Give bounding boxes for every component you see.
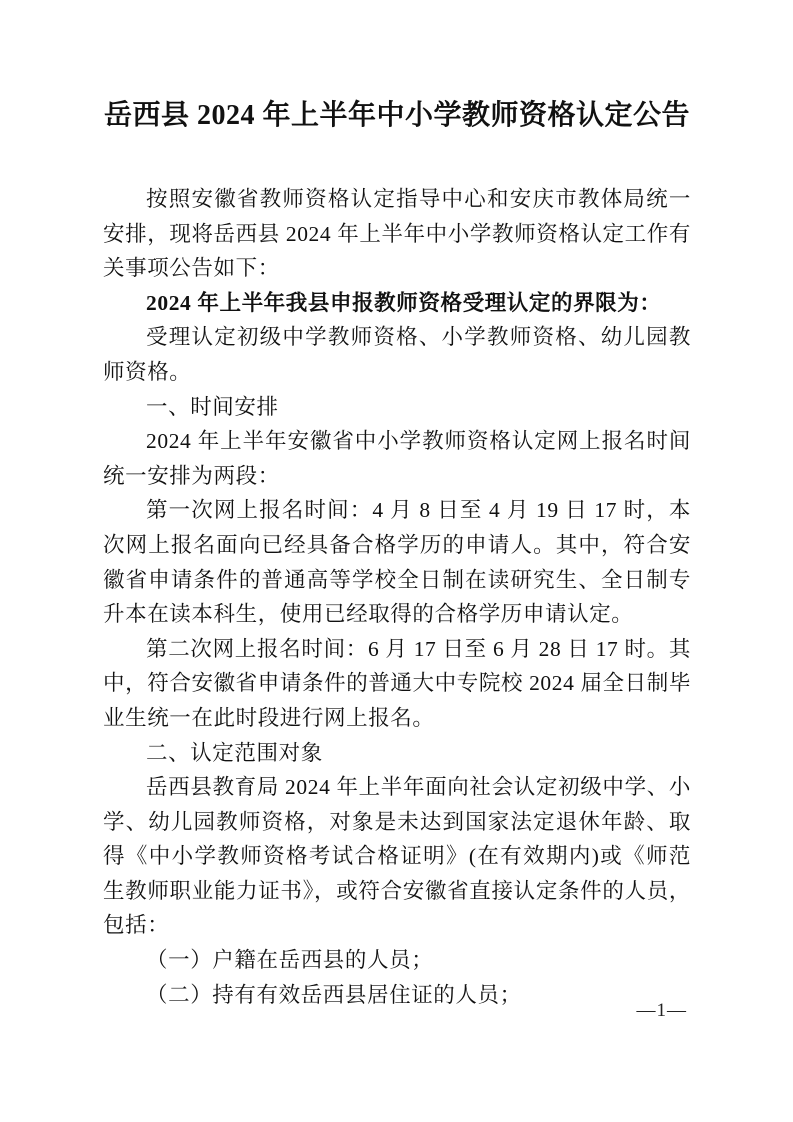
section-heading-time-schedule: 一、时间安排 (103, 390, 691, 425)
scope-detail-paragraph: 受理认定初级中学教师资格、小学教师资格、幼儿园教师资格。 (103, 320, 691, 389)
target-scope-paragraph: 岳西县教育局 2024 年上半年面向社会认定初级中学、小学、幼儿园教师资格，对象… (103, 770, 691, 943)
document-page: 岳西县 2024 年上半年中小学教师资格认定公告 按照安徽省教师资格认定指导中心… (0, 0, 793, 1122)
list-item-household-registration: （一）户籍在岳西县的人员； (103, 943, 691, 978)
first-registration-paragraph: 第一次网上报名时间：4 月 8 日至 4 月 19 日 17 时，本次网上报名面… (103, 493, 691, 631)
schedule-intro-paragraph: 2024 年上半年安徽省中小学教师资格认定网上报名时间统一安排为两段： (103, 424, 691, 493)
section-heading-target-scope: 二、认定范围对象 (103, 736, 691, 771)
second-registration-paragraph: 第二次网上报名时间：6 月 17 日至 6 月 28 日 17 时。其中，符合安… (103, 632, 691, 736)
list-item-residence-permit: （二）持有有效岳西县居住证的人员； (103, 978, 691, 1013)
document-title: 岳西县 2024 年上半年中小学教师资格认定公告 (103, 96, 691, 136)
scope-emphasis-line: 2024 年上半年我县申报教师资格受理认定的界限为： (103, 286, 691, 321)
page-number: —1— (637, 1000, 688, 1022)
intro-paragraph: 按照安徽省教师资格认定指导中心和安庆市教体局统一安排，现将岳西县 2024 年上… (103, 182, 691, 286)
